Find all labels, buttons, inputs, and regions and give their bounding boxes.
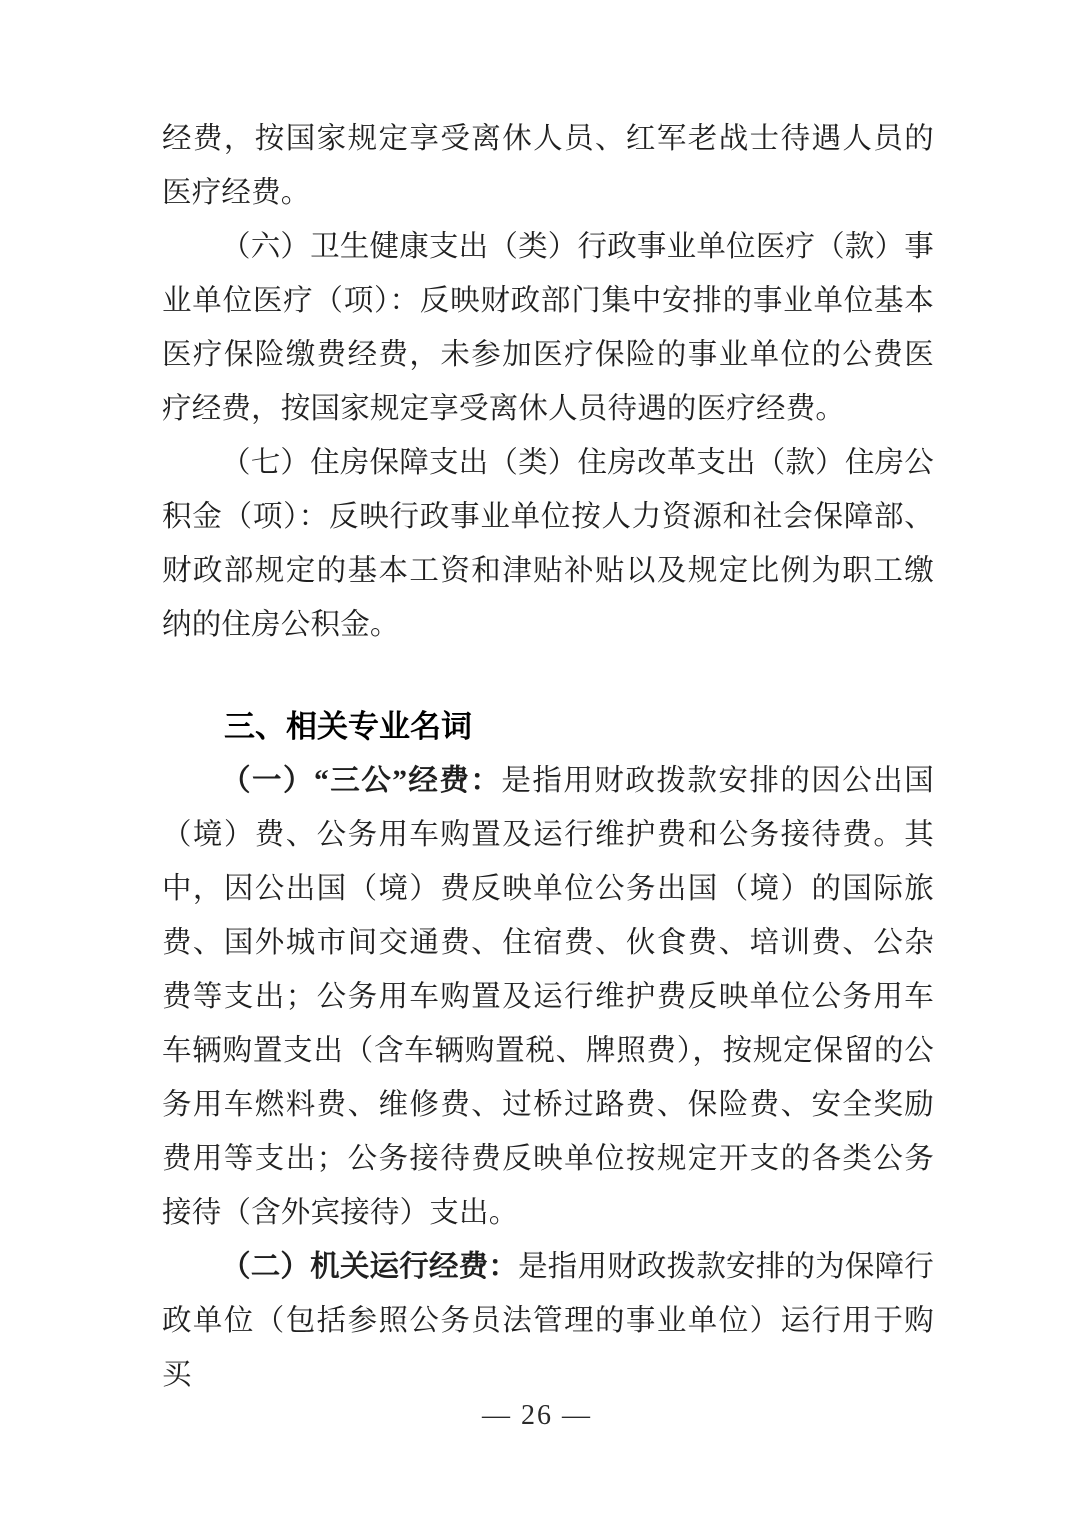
section-heading: 三、相关专业名词 [162, 700, 934, 754]
paragraph-item-6: （六）卫生健康支出（类）行政事业单位医疗（款）事业单位医疗（项）：反映财政部门集… [162, 220, 934, 436]
paragraph-item-7: （七）住房保障支出（类）住房改革支出（款）住房公积金（项）：反映行政事业单位按人… [162, 436, 934, 652]
paragraph-term-2: （二）机关运行经费：是指用财政拨款安排的为保障行政单位（包括参照公务员法管理的事… [162, 1240, 934, 1402]
term-label-agency-operating-funds: （二）机关运行经费： [221, 1251, 518, 1283]
paragraph-continuation: 经费，按国家规定享受离休人员、红军老战士待遇人员的医疗经费。 [162, 112, 934, 220]
page-number: — 26 — [0, 1400, 1074, 1432]
paragraph-term-1: （一）“三公”经费：是指用财政拨款安排的因公出国（境）费、公务用车购置及运行维护… [162, 754, 934, 1240]
document-page: 经费，按国家规定享受离休人员、红军老战士待遇人员的医疗经费。 （六）卫生健康支出… [0, 0, 1074, 1520]
term-label-sangong-funds: （一）“三公”经费： [221, 765, 501, 797]
document-body: 经费，按国家规定享受离休人员、红军老战士待遇人员的医疗经费。 （六）卫生健康支出… [162, 112, 934, 1402]
term-definition: 是指用财政拨款安排的因公出国（境）费、公务用车购置及运行维护费和公务接待费。其中… [162, 765, 934, 1229]
